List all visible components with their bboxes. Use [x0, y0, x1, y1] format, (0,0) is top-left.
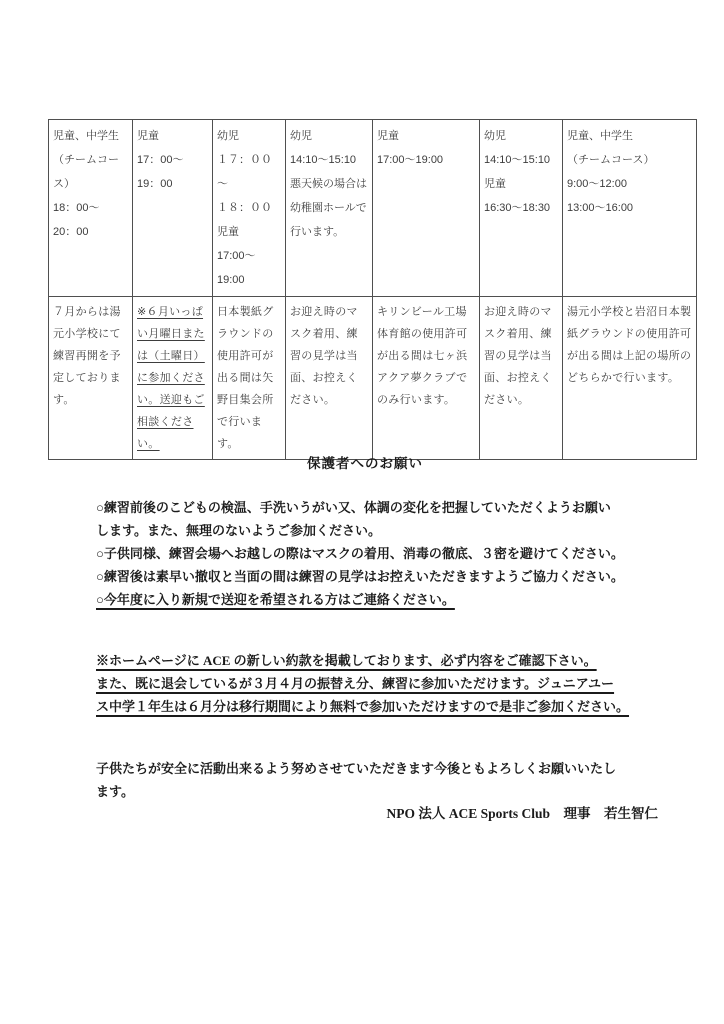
- schedule-cell-r1c1: 児童、中学生 （チームコー ス） 18：00～ 20：00: [49, 120, 133, 297]
- closing-text: 子供たちが安全に活動出来るよう努めさせていただきます今後ともよろしくお願いいたし…: [96, 757, 636, 803]
- schedule-row-times: 児童、中学生 （チームコー ス） 18：00～ 20：00 児童 17：00～ …: [49, 120, 697, 297]
- schedule-cell-r2c6: お迎え時のマスク着用、練習の見学は当面、お控えください。: [480, 297, 563, 460]
- schedule-cell-r1c3: 幼児 １７：００～ １８：００ 児童 17:00～ 19:00: [213, 120, 286, 297]
- request-item-quick-withdrawal: ○練習後は素早い撤収と当面の間は練習の見学はお控えいただきますようご協力ください…: [96, 565, 636, 588]
- closing-remarks: 子供たちが安全に活動出来るよう努めさせていただきます今後ともよろしくお願いいたし…: [96, 757, 636, 803]
- schedule-cell-r1c2: 児童 17：00～ 19：00: [133, 120, 213, 297]
- request-item-mask-disinfection: ○子供同様、練習会場へお越しの際はマスクの着用、消毒の徹底、３密を避けてください…: [96, 542, 636, 565]
- signature-line: NPO 法人 ACE Sports Club 理事 若生智仁: [96, 802, 658, 825]
- schedule-cell-r1c7: 児童、中学生 （チームコース） 9:00～12:00 13:00～16:00: [563, 120, 697, 297]
- request-item-pickup-contact: ○今年度に入り新規で送迎を希望される方はご連絡ください。: [96, 588, 636, 611]
- section-heading: 保護者へのお願い: [96, 452, 634, 472]
- notice-text: ※ホームページに ACE の新しい約款を掲載しております、必ず内容をご確認下さい…: [96, 649, 636, 718]
- schedule-row-notes: ７月からは湯元小学校にて練習再開を予定しております。 ※６月いっぱい月曜日または…: [49, 297, 697, 460]
- website-terms-notice: ※ホームページに ACE の新しい約款を掲載しております、必ず内容をご確認下さい…: [96, 649, 636, 718]
- schedule-cell-r2c4: お迎え時のマスク着用、練習の見学は当面、お控えください。: [286, 297, 373, 460]
- schedule-cell-r1c5: 児童 17:00～19:00: [373, 120, 480, 297]
- schedule-cell-r2c3: 日本製紙グラウンドの使用許可が出る間は矢野目集会所で行います。: [213, 297, 286, 460]
- schedule-cell-r2c1: ７月からは湯元小学校にて練習再開を予定しております。: [49, 297, 133, 460]
- schedule-cell-r1c4: 幼児 14:10～15:10 悪天候の場合は 幼稚園ホールで 行います。: [286, 120, 373, 297]
- schedule-cell-r1c6: 幼児 14:10～15:10 児童 16:30～18:30: [480, 120, 563, 297]
- schedule-cell-r2c2: ※６月いっぱい月曜日または（土曜日）に参加ください。送迎もご相談ください。: [133, 297, 213, 460]
- practice-schedule-table: 児童、中学生 （チームコー ス） 18：00～ 20：00 児童 17：00～ …: [48, 119, 697, 460]
- schedule-cell-r2c5: キリンビール工場体育館の使用許可が出る間は七ヶ浜アクア夢クラブでのみ行います。: [373, 297, 480, 460]
- guardian-request-list: ○練習前後のこどもの検温、手洗いうがい又、体調の変化を把握していただくようお願い…: [96, 496, 636, 611]
- document-page: 児童、中学生 （チームコー ス） 18：00～ 20：00 児童 17：00～ …: [0, 0, 724, 1024]
- schedule-cell-r2c7: 湯元小学校と岩沼日本製紙グラウンドの使用許可が出る間は上記の場所のどちらかで行い…: [563, 297, 697, 460]
- request-item-temperature-check: ○練習前後のこどもの検温、手洗いうがい又、体調の変化を把握していただくようお願い…: [96, 496, 636, 542]
